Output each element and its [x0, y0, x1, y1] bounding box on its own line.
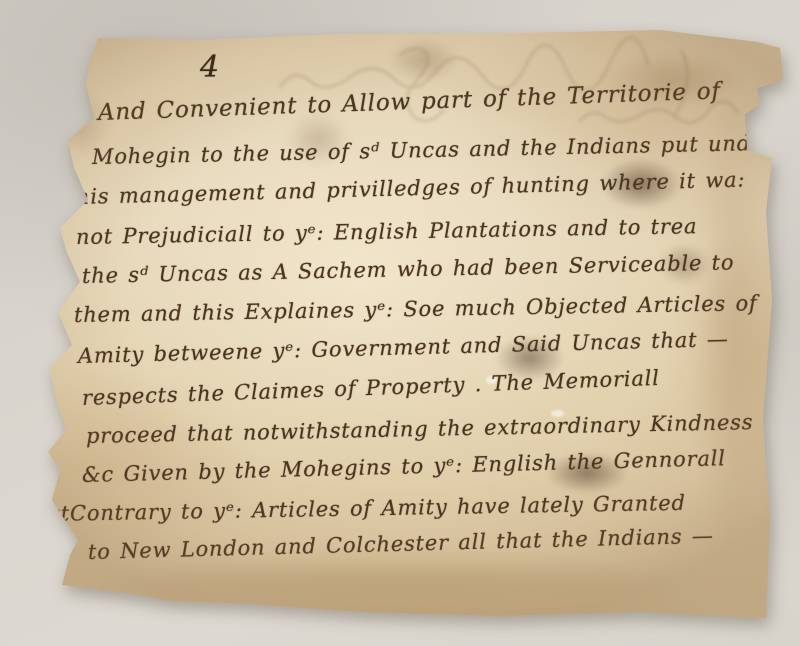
margin-note: 61d — [29, 101, 67, 127]
photo-of-manuscript: { "photo": { "backdrop_color": "#d8d4cc"… — [0, 0, 800, 646]
manuscript-paper-wrap: 4 61d And Convenient to Allow part of th… — [0, 0, 800, 646]
manuscript-paper: 4 61d And Convenient to Allow part of th… — [0, 0, 800, 646]
paper-edge-vignette — [0, 0, 800, 646]
